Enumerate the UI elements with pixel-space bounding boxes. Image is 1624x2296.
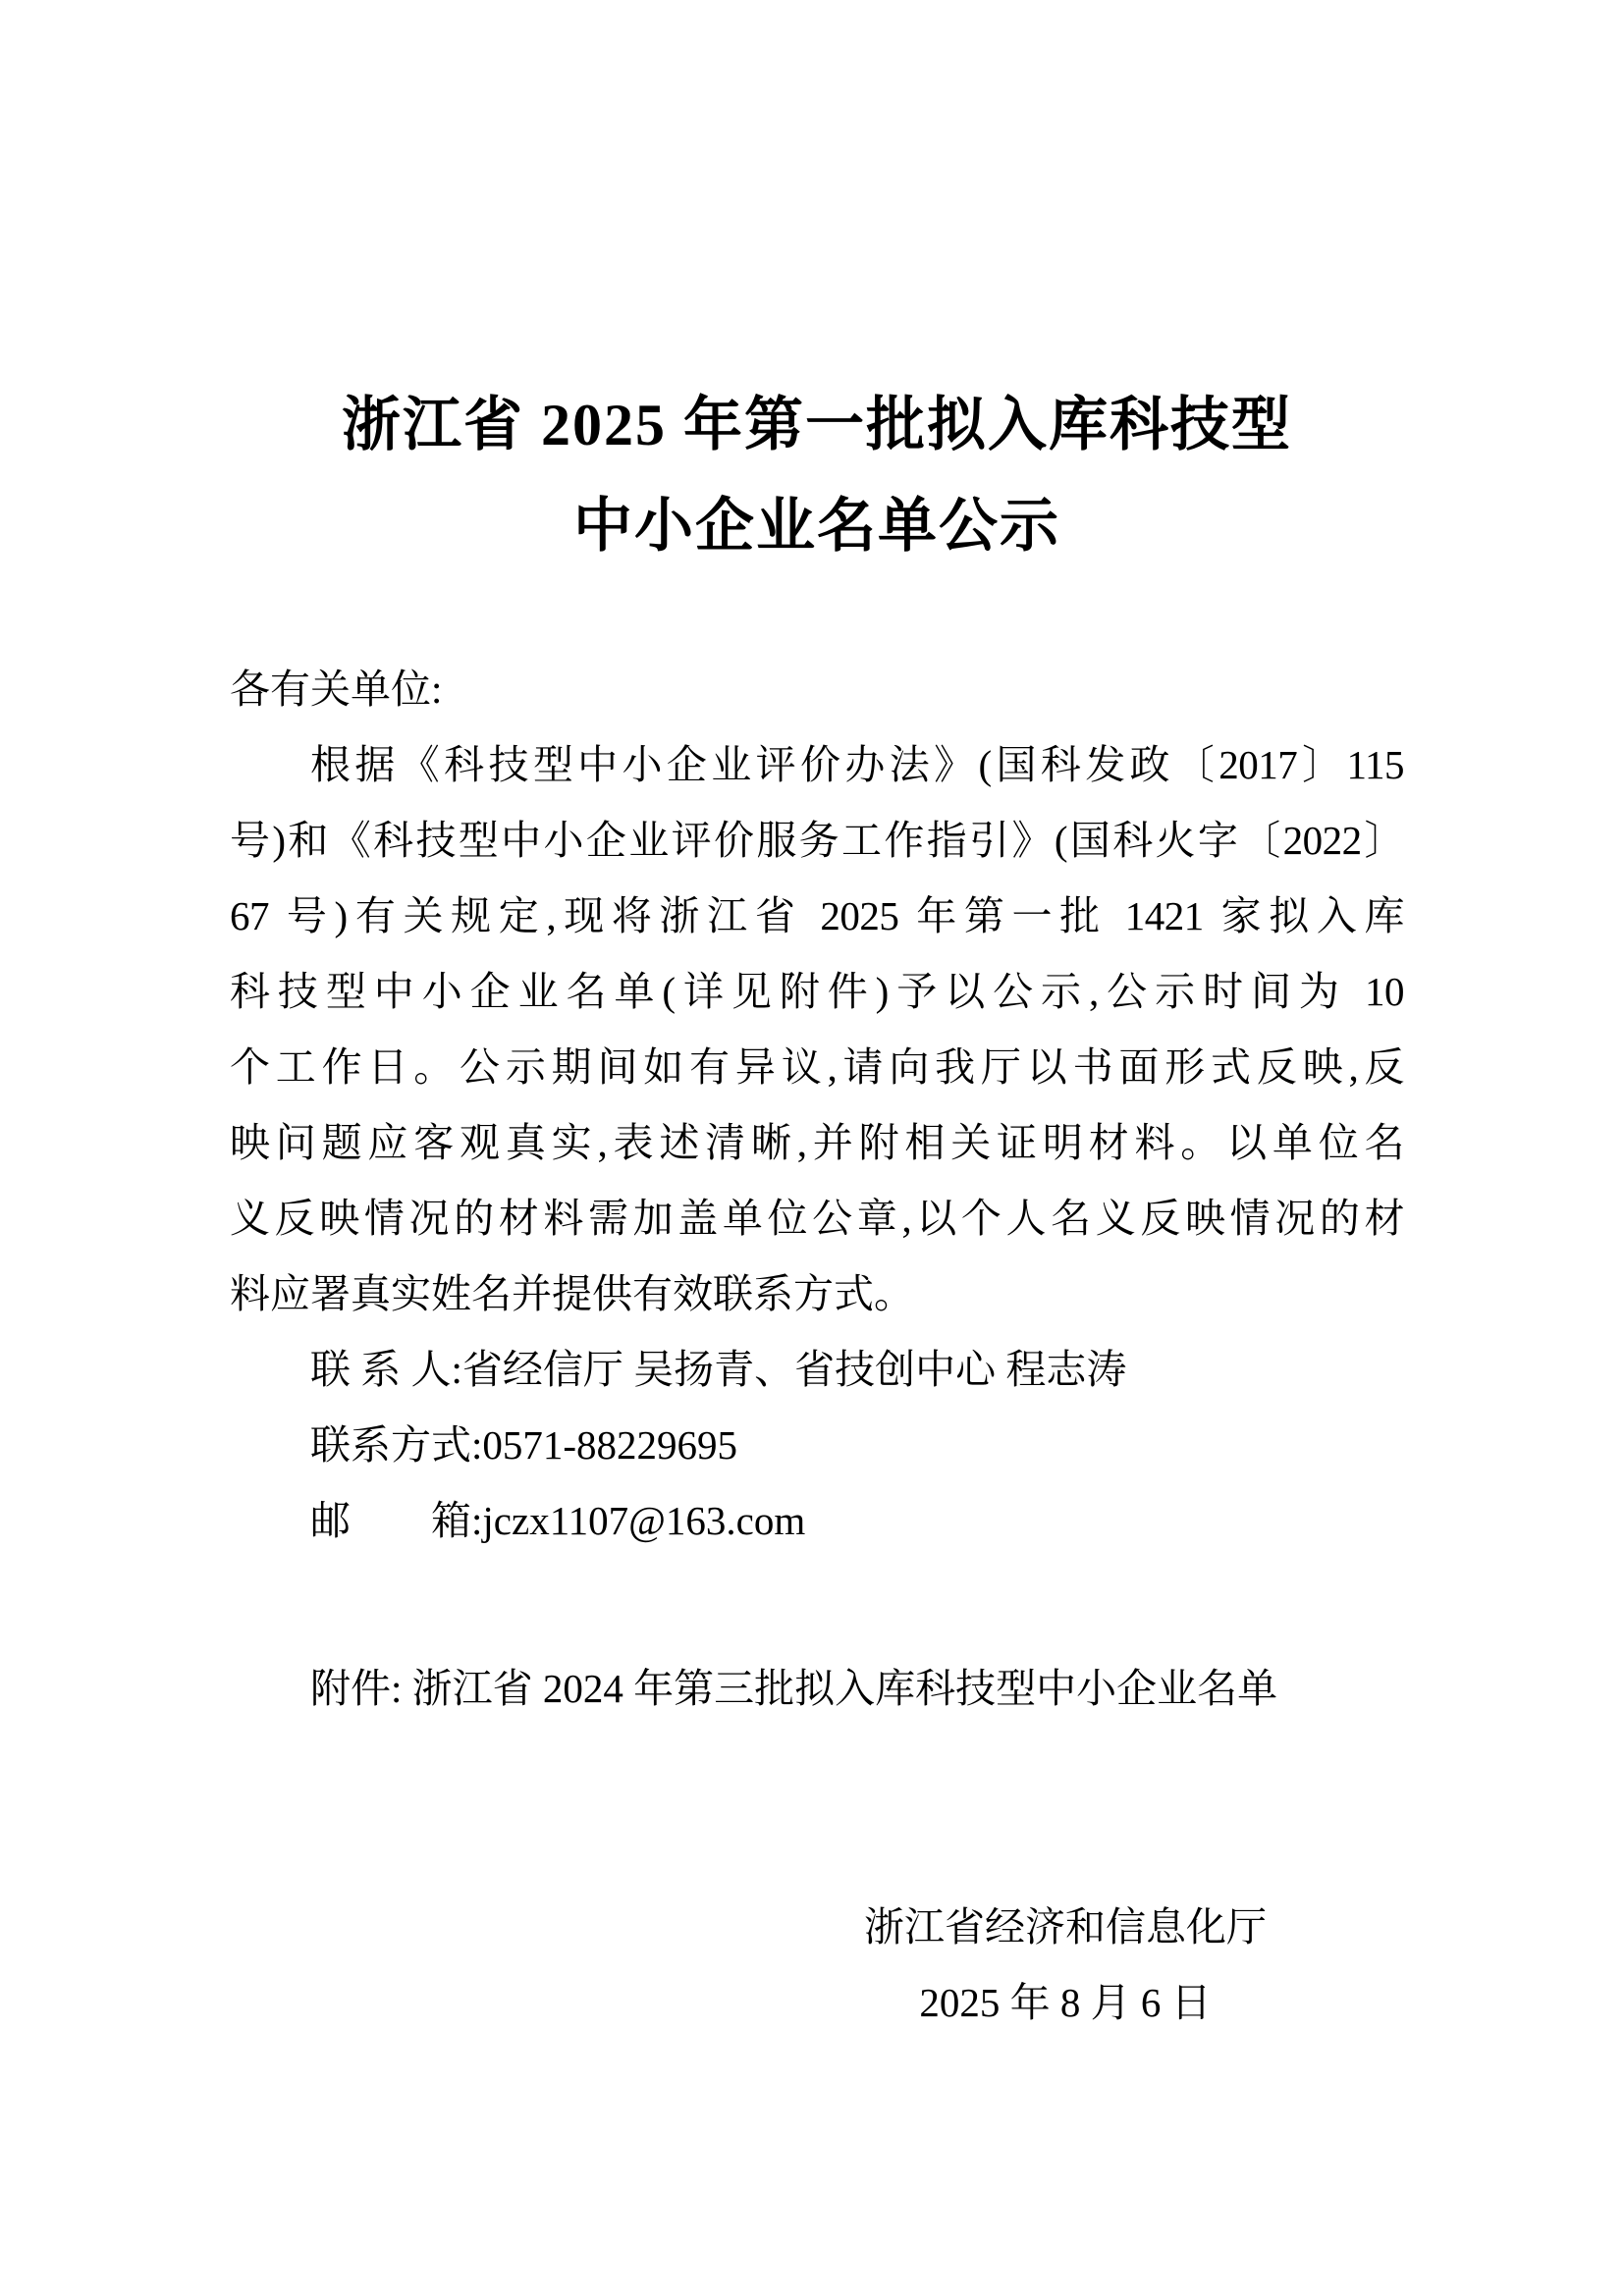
signature-date: 2025 年 8 月 6 日 <box>835 1965 1296 2041</box>
salutation-line: 各有关单位: <box>230 652 1404 727</box>
contact-person-line: 联 系 人:省经信厅 吴扬青、省技创中心 程志涛 <box>230 1332 1404 1408</box>
contact-email-line: 邮 箱:jczx1107@163.com <box>230 1483 1404 1559</box>
contact-phone-value: 0571-88229695 <box>482 1422 737 1468</box>
signature-organization: 浙江省经济和信息化厅 <box>835 1890 1296 1965</box>
document-title: 浙江省 2025 年第一批拟入库科技型 中小企业名单公示 <box>230 375 1404 577</box>
body-line-5: 个工作日。公示期间如有异议,请向我厅以书面形式反映,反 <box>230 1030 1404 1105</box>
contact-person-value: 省经信厅 吴扬青、省技创中心 程志涛 <box>462 1347 1127 1392</box>
body-paragraph: 根据《科技型中小企业评价办法》(国科发政〔2017〕115 号)和《科技型中小企… <box>230 727 1404 1332</box>
body-line-4: 科技型中小企业名单(详见附件)予以公示,公示时间为 10 <box>230 954 1404 1030</box>
contact-person-label: 联 系 人: <box>310 1347 462 1392</box>
document-title-line1: 浙江省 2025 年第一批拟入库科技型 <box>230 375 1404 476</box>
contact-phone-line: 联系方式:0571-88229695 <box>230 1408 1404 1483</box>
body-line-7: 义反映情况的材料需加盖单位公章,以个人名义反映情况的材 <box>230 1181 1404 1256</box>
contact-phone-label: 联系方式: <box>310 1422 482 1468</box>
body-line-3: 67 号)有关规定,现将浙江省 2025 年第一批 1421 家拟入库 <box>230 879 1404 954</box>
contact-email-label: 邮 箱: <box>310 1498 482 1543</box>
notice-document-page: 浙江省 2025 年第一批拟入库科技型 中小企业名单公示 各有关单位: 根据《科… <box>0 0 1624 2296</box>
document-title-line2: 中小企业名单公示 <box>230 476 1404 577</box>
contact-email-value: jczx1107@163.com <box>482 1498 805 1543</box>
body-line-1: 根据《科技型中小企业评价办法》(国科发政〔2017〕115 <box>230 727 1404 803</box>
signature-block: 浙江省经济和信息化厅 2025 年 8 月 6 日 <box>835 1890 1296 2041</box>
body-line-2: 号)和《科技型中小企业评价服务工作指引》(国科火字〔2022〕 <box>230 803 1404 879</box>
body-line-8: 料应署真实姓名并提供有效联系方式。 <box>230 1256 1404 1332</box>
body-line-6: 映问题应客观真实,表述清晰,并附相关证明材料。以单位名 <box>230 1105 1404 1181</box>
attachment-line: 附件: 浙江省 2024 年第三批拟入库科技型中小企业名单 <box>230 1651 1404 1727</box>
document-content: 浙江省 2025 年第一批拟入库科技型 中小企业名单公示 各有关单位: 根据《科… <box>230 0 1404 2041</box>
